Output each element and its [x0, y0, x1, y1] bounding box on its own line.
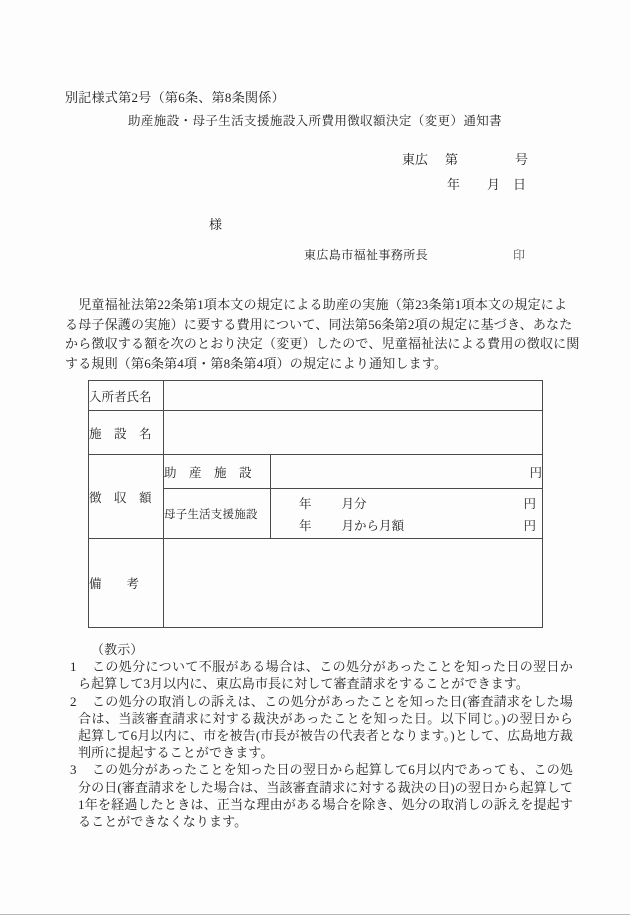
fee-decision-table: 入所者氏名 施 設 名 徴 収 額 助 産 施 設 円 母子生活支援施設 年	[88, 380, 543, 628]
resident-name-field	[164, 381, 543, 411]
note-number-2: 2	[70, 693, 77, 710]
boshi-period-label-2: 月から月額	[342, 516, 405, 534]
addressee-suffix: 様	[209, 214, 222, 233]
seal-mark: 印	[513, 246, 525, 263]
boshi-amount-field: 年 月分 円 年 月から月額 円	[271, 489, 543, 539]
document-number-line: 東広 第 号	[402, 149, 537, 165]
boshi-facility-label: 母子生活支援施設	[164, 489, 271, 539]
body-line: する規則（第6条第4項・第8条第4項）の規定により通知します。	[65, 354, 567, 374]
note-item-3: 3 この処分があったことを知った日の翌日から起算して6月以内であっても、この処分…	[65, 761, 573, 830]
levy-amount-label: 徴 収 額	[89, 455, 164, 539]
josan-unit-label: 円	[529, 463, 542, 481]
boshi-unit-label-1: 円	[523, 494, 536, 512]
boshi-unit-label-2: 円	[523, 516, 536, 534]
date-year-label: 年	[447, 174, 460, 193]
josan-amount-field: 円	[271, 455, 543, 489]
boshi-period-label-1: 月分	[342, 494, 367, 512]
note-number-1: 1	[70, 658, 77, 675]
note-number-3: 3	[70, 761, 77, 778]
date-line: 年 月 日	[402, 174, 537, 190]
table-row: 備 考	[89, 539, 543, 628]
facility-name-label: 施 設 名	[89, 411, 164, 455]
body-line: る母子保護の実施）に要する費用について、同法第56条第2項の規定に基づき、あなた	[65, 315, 567, 335]
note-text-1: この処分について不服がある場合は、この処分があったことを知った日の翌日から起算し…	[78, 659, 573, 691]
table-row: 入所者氏名	[89, 381, 543, 411]
notes-heading: （教示）	[91, 641, 573, 658]
sender-title: 東広島市福祉事務所長	[304, 246, 428, 263]
boshi-amount-line-1: 年 月分 円	[271, 494, 536, 512]
note-item-1: 1 この処分について不服がある場合は、この処分があったことを知った日の翌日から起…	[65, 658, 573, 692]
boshi-year-label-1: 年	[299, 494, 312, 512]
body-paragraph: 児童福祉法第22条第1項本文の規定による助産の実施（第23条第1項本文の規定によ…	[65, 295, 567, 373]
josan-facility-label: 助 産 施 設	[164, 455, 271, 489]
table-row: 徴 収 額 助 産 施 設 円	[89, 455, 543, 489]
remarks-field	[164, 539, 543, 628]
notification-document-page: 別記様式第2号（第6条、第8条関係） 助産施設・母子生活支援施設入所費用徴収額決…	[0, 0, 630, 915]
notes-section: （教示） 1 この処分について不服がある場合は、この処分があったことを知った日の…	[65, 641, 573, 830]
note-text-2: この処分の取消しの訴えは、この処分があったことを知った日(審査請求をした場合は、…	[78, 694, 573, 761]
body-line: から徴収する額を次のとおり決定（変更）したので、児童福祉法による費用の徴収に関	[65, 334, 567, 354]
doc-number-prefix: 東広	[402, 149, 428, 168]
document-title: 助産施設・母子生活支援施設入所費用徴収額決定（変更）通知書	[0, 111, 630, 129]
date-month-label: 月	[487, 174, 500, 193]
doc-number-go: 号	[515, 149, 528, 168]
resident-name-label: 入所者氏名	[89, 381, 164, 411]
boshi-year-label-2: 年	[299, 516, 312, 534]
body-line: 児童福祉法第22条第1項本文の規定による助産の実施（第23条第1項本文の規定によ	[65, 295, 567, 315]
facility-name-field	[164, 411, 543, 455]
form-number-line: 別記様式第2号（第6条、第8条関係）	[65, 87, 285, 106]
table-row: 施 設 名	[89, 411, 543, 455]
note-item-2: 2 この処分の取消しの訴えは、この処分があったことを知った日(審査請求をした場合…	[65, 693, 573, 762]
date-day-label: 日	[513, 174, 526, 193]
doc-number-dai: 第	[445, 149, 458, 168]
boshi-amount-line-2: 年 月から月額 円	[271, 516, 536, 534]
note-text-3: この処分があったことを知った日の翌日から起算して6月以内であっても、この処分の日…	[78, 762, 573, 829]
remarks-label: 備 考	[89, 539, 164, 628]
